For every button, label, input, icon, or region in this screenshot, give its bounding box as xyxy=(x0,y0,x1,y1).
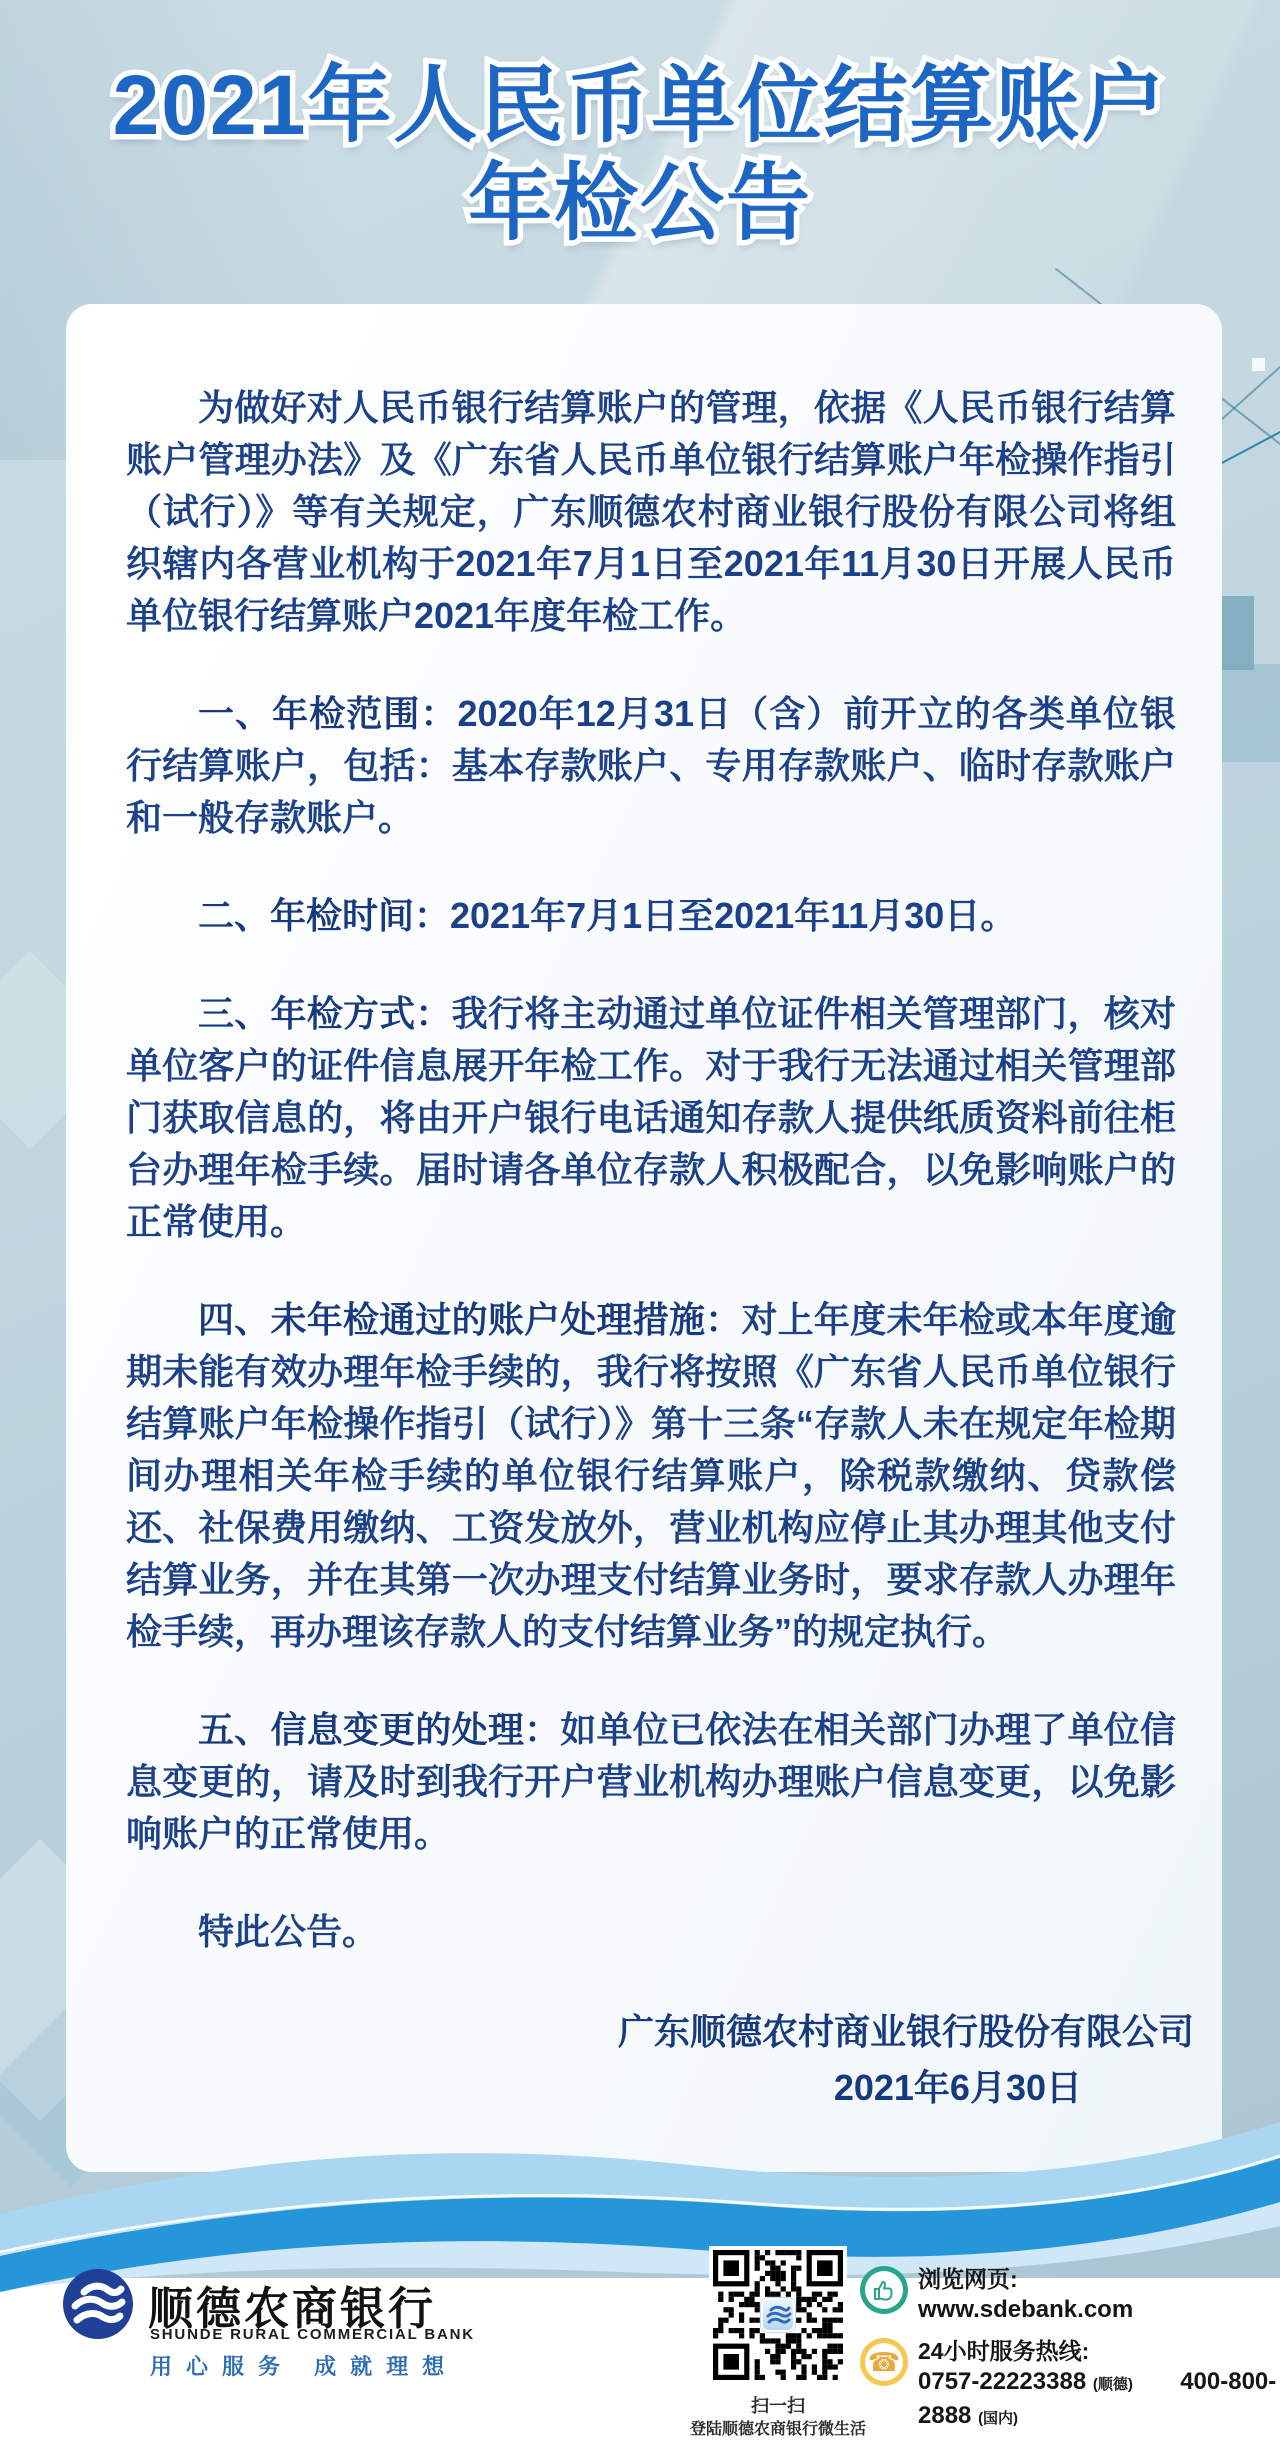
paragraph-text: 对上年度未年检或本年度逾期未能有效办理年检手续的，我行将按照《广东省人民币单位银… xyxy=(126,1299,1176,1652)
hotline-contact: 24小时服务热线: 0757-22223388 (顺德) 400-800-288… xyxy=(918,2336,1280,2434)
telephone-icon: ☎ xyxy=(860,2338,908,2386)
notice-paragraph: 二、年检时间：2021年7月1日至2021年11月30日。 xyxy=(126,890,1176,942)
notice-body: 为做好对人民币银行结算账户的管理，依据《人民币银行结算账户管理办法》及《广东省人… xyxy=(66,304,1222,1958)
bank-logo xyxy=(62,2268,134,2340)
title-line-1: 2021年人民币单位结算账户 2021年人民币单位结算账户 xyxy=(0,56,1280,154)
qr-center-logo-icon xyxy=(761,2298,795,2332)
bank-name-english: SHUNDE RURAL COMMERCIAL BANK xyxy=(150,2326,475,2343)
notice-paragraph: 为做好对人民币银行结算账户的管理，依据《人民币银行结算账户管理办法》及《广东省人… xyxy=(126,382,1176,642)
qr-caption-scan: 扫一扫 xyxy=(658,2392,898,2418)
bank-slogan: 用心服务 成就理想 xyxy=(150,2350,458,2381)
bg-teal-rect-1 xyxy=(1218,596,1254,670)
paragraph-lead: 三、年检方式： xyxy=(198,993,452,1034)
thumbs-up-icon xyxy=(860,2266,908,2314)
hotline-numbers: 0757-22223388 (顺德) 400-800-2888 (国内) xyxy=(918,2366,1280,2434)
website-contact: 浏览网页: www.sdebank.com xyxy=(918,2264,1133,2325)
paragraph-lead: 一、年检范围： xyxy=(198,693,458,734)
paragraph-text: 特此公告。 xyxy=(198,1911,378,1952)
notice-paragraph: 五、信息变更的处理：如单位已依法在相关部门办理了单位信息变更的，请及时到我行开户… xyxy=(126,1704,1176,1860)
notice-paragraph: 四、未年检通过的账户处理措施：对上年度未年检或本年度逾期未能有效办理年检手续的，… xyxy=(126,1294,1176,1658)
qr-caption-wechat: 登陆顺德农商银行微生活 xyxy=(638,2416,918,2439)
paragraph-text: 2021年7月1日至2021年11月30日。 xyxy=(450,895,1016,936)
paragraph-lead: 四、未年检通过的账户处理措施： xyxy=(198,1299,741,1340)
notice-paragraph: 三、年检方式：我行将主动通过单位证件相关管理部门，核对单位客户的证件信息展开年检… xyxy=(126,988,1176,1248)
notice-paragraph: 特此公告。 xyxy=(126,1906,1176,1958)
signature-company: 广东顺德农村商业银行股份有限公司 xyxy=(66,2004,1222,2060)
title-line-1-text: 2021年人民币单位结算账户 xyxy=(113,58,1168,152)
paragraph-lead: 五、信息变更的处理： xyxy=(198,1709,560,1750)
title-line-2: 年检公告 年检公告 xyxy=(0,154,1280,252)
hotline-national-note: (国内) xyxy=(978,2410,1018,2427)
qr-code xyxy=(709,2246,847,2384)
website-url[interactable]: www.sdebank.com xyxy=(918,2294,1133,2325)
hotline-label: 24小时服务热线: xyxy=(918,2336,1280,2366)
title-line-2-text: 年检公告 xyxy=(468,156,812,250)
website-label: 浏览网页: xyxy=(918,2264,1133,2294)
poster-title: 2021年人民币单位结算账户 2021年人民币单位结算账户 年检公告 年检公告 xyxy=(0,56,1280,252)
hotline-local-number: 0757-22223388 xyxy=(918,2368,1086,2395)
notice-card: 为做好对人民币银行结算账户的管理，依据《人民币银行结算账户管理办法》及《广东省人… xyxy=(66,304,1222,2172)
announcement-poster: 2021年人民币单位结算账户 2021年人民币单位结算账户 年检公告 年检公告 … xyxy=(0,0,1280,2456)
bg-white-square xyxy=(1252,358,1265,371)
hotline-local-note: (顺德) xyxy=(1093,2376,1133,2393)
bg-teal-rect-2 xyxy=(1222,664,1280,762)
paragraph-text: 为做好对人民币银行结算账户的管理，依据《人民币银行结算账户管理办法》及《广东省人… xyxy=(126,387,1176,636)
paragraph-lead: 二、年检时间： xyxy=(198,895,450,936)
notice-paragraph: 一、年检范围：2020年12月31日（含）前开立的各类单位银行结算账户，包括：基… xyxy=(126,688,1176,844)
